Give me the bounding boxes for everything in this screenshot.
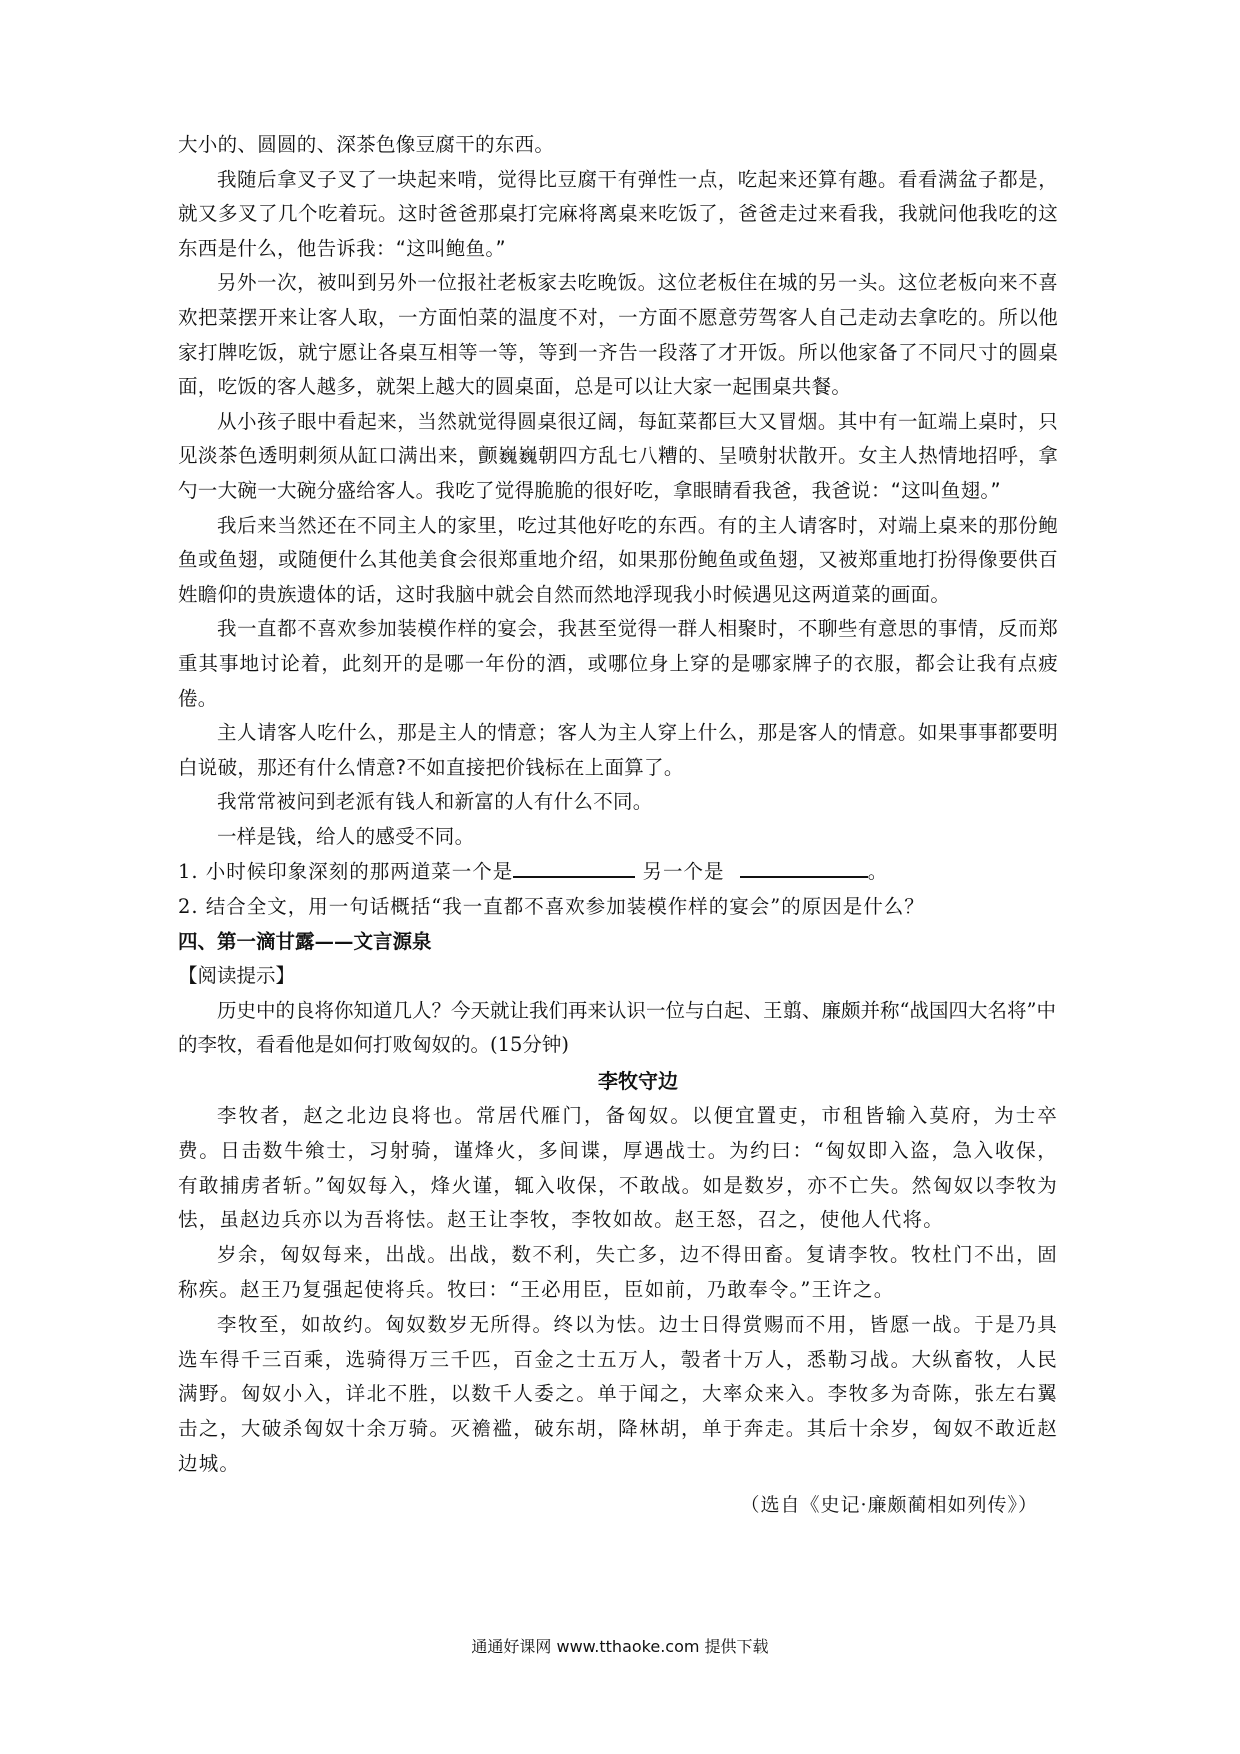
essay-paragraph: 大小的、圆圆的、深茶色像豆腐干的东西。 — [178, 128, 1058, 163]
essay-paragraph: 一样是钱，给人的感受不同。 — [178, 820, 1058, 855]
document-page: 大小的、圆圆的、深茶色像豆腐干的东西。 我随后拿叉子叉了一块起来啃，觉得比豆腐干… — [178, 128, 1058, 1522]
essay-paragraph: 另外一次，被叫到另外一位报社老板家去吃晚饭。这位老板住在城的另一头。这位老板向来… — [178, 266, 1058, 404]
page-footer: 通通好课网 www.tthaoke.com 提供下载 — [0, 1634, 1240, 1657]
passage-title: 李牧守边 — [178, 1063, 1058, 1099]
answer-blank-1[interactable] — [513, 854, 635, 878]
source-citation: （选自《史记·廉颇蔺相如列传》） — [178, 1488, 1058, 1522]
answer-blank-2[interactable] — [740, 854, 868, 878]
question-1-suffix: 。 — [868, 860, 889, 883]
question-1-middle: 另一个是 — [635, 860, 731, 883]
question-1: 1. 小时候印象深刻的那两道菜一个是 另一个是 。 — [178, 854, 1058, 890]
question-2: 2. 结合全文，用一句话概括“我一直都不喜欢参加装模作样的宴会”的原因是什么？ — [178, 890, 1058, 925]
classical-paragraph: 李牧者，赵之北边良将也。常居代雁门，备匈奴。以便宜置吏，市租皆输入莫府，为士卒费… — [178, 1099, 1058, 1238]
essay-paragraph: 从小孩子眼中看起来，当然就觉得圆桌很辽阔，每缸菜都巨大又冒烟。其中有一缸端上桌时… — [178, 405, 1058, 509]
essay-paragraph: 我后来当然还在不同主人的家里，吃过其他好吃的东西。有的主人请客时，对端上桌来的那… — [178, 509, 1058, 613]
classical-paragraph: 李牧至，如故约。匈奴数岁无所得。终以为怯。边士日得赏赐而不用，皆愿一战。于是乃具… — [178, 1308, 1058, 1482]
essay-paragraph: 我常常被问到老派有钱人和新富的人有什么不同。 — [178, 785, 1058, 820]
reading-hint-label: 【阅读提示】 — [178, 959, 1058, 994]
reading-hint-text: 历史中的良将你知道几人？今天就让我们再来认识一位与白起、王翦、廉颇并称“战国四大… — [178, 994, 1058, 1063]
essay-paragraph: 主人请客人吃什么，那是主人的情意；客人为主人穿上什么，那是客人的情意。如果事事都… — [178, 716, 1058, 785]
classical-paragraph: 岁余，匈奴每来，出战。出战，数不利，失亡多，边不得田畜。复请李牧。牧杜门不出，固… — [178, 1238, 1058, 1308]
section-heading: 四、第一滴甘露——文言源泉 — [178, 925, 1058, 960]
essay-paragraph: 我一直都不喜欢参加装模作样的宴会，我甚至觉得一群人相聚时，不聊些有意思的事情，反… — [178, 612, 1058, 716]
essay-paragraph: 我随后拿叉子叉了一块起来啃，觉得比豆腐干有弹性一点，吃起来还算有趣。看看满盆子都… — [178, 163, 1058, 267]
question-1-prefix: 1. 小时候印象深刻的那两道菜一个是 — [178, 860, 513, 883]
